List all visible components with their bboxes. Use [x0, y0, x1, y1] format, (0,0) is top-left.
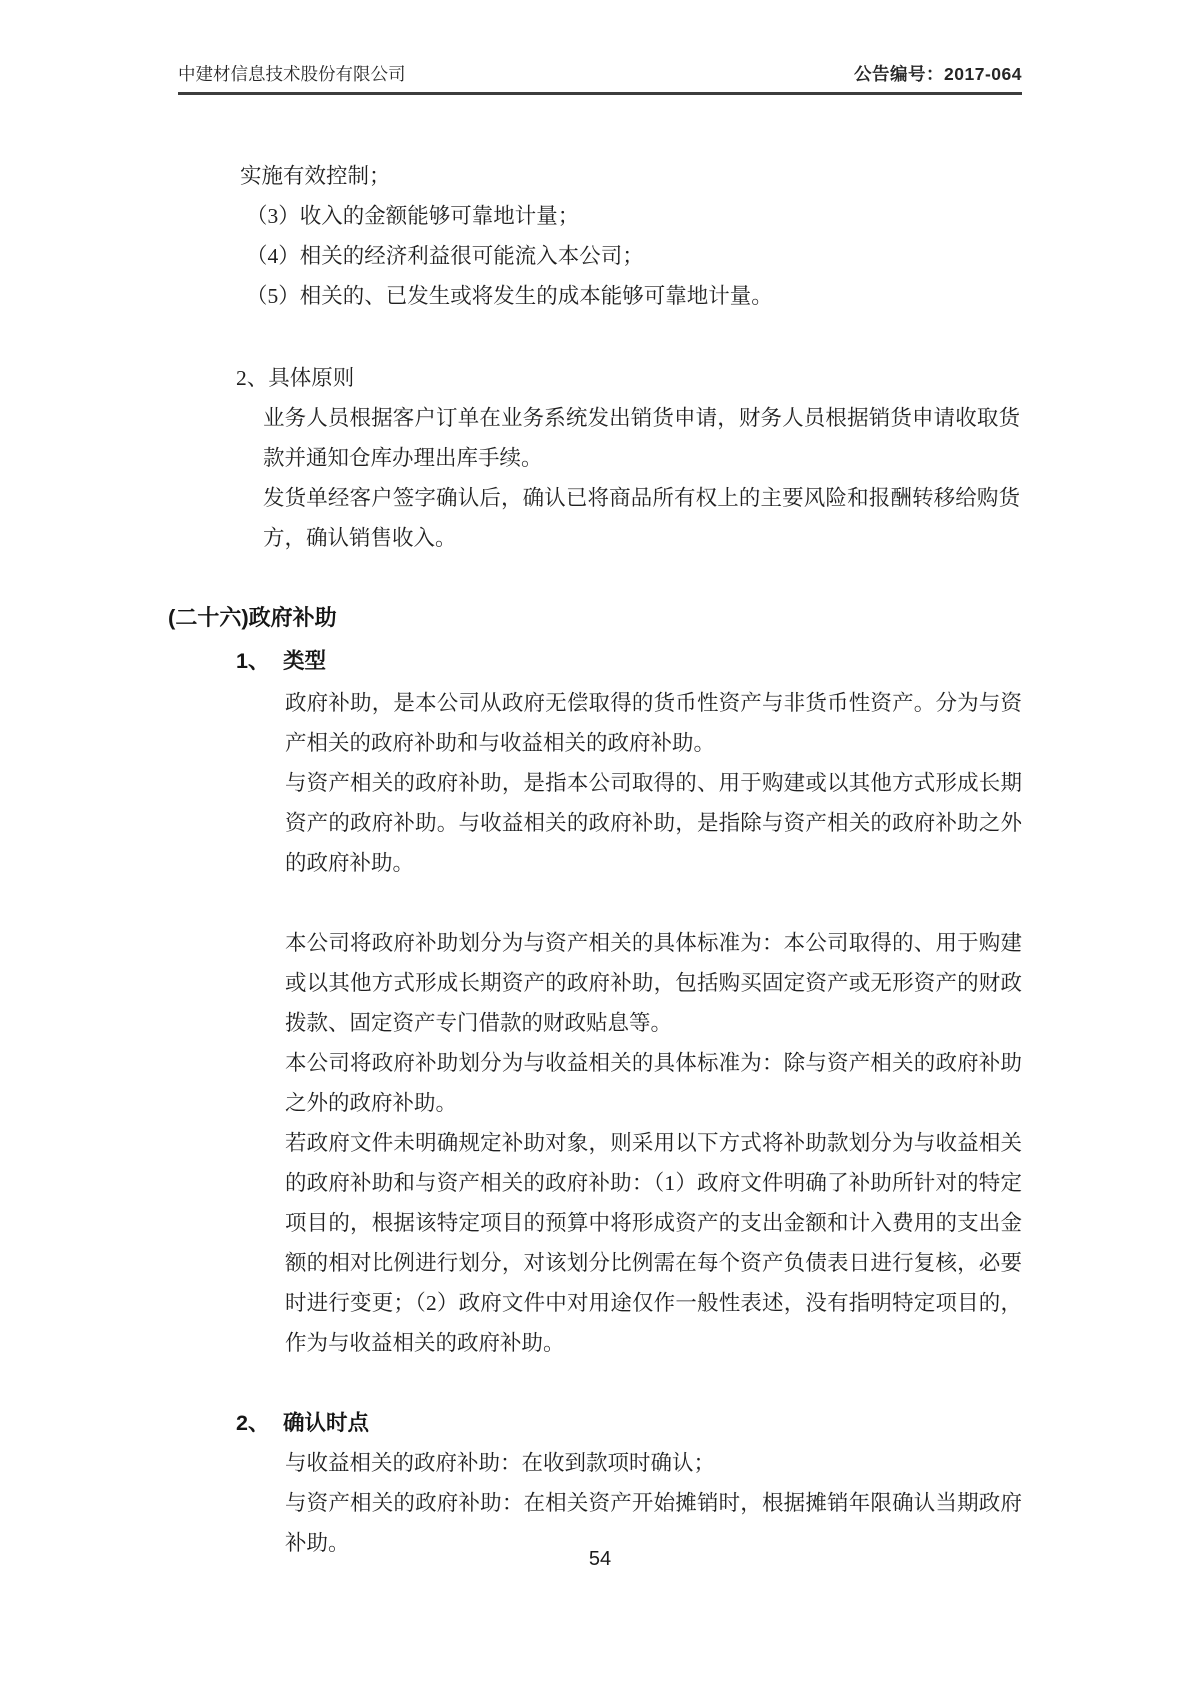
timing-heading-title: 确认时点	[283, 1403, 369, 1443]
type-paragraph-2: 与资产相关的政府补助，是指本公司取得的、用于购建或以其他方式形成长期资产的政府补…	[285, 763, 1022, 883]
section-26-type-heading: 1、 类型	[236, 641, 1022, 681]
page-number: 54	[0, 1548, 1200, 1571]
type-paragraph-5: 若政府文件未明确规定补助对象，则采用以下方式将补助款划分为与收益相关的政府补助和…	[285, 1123, 1022, 1363]
timing-paragraph-1: 与收益相关的政府补助：在收到款项时确认；	[285, 1443, 1022, 1483]
type-heading-number: 1、	[236, 641, 283, 681]
company-name: 中建材信息技术股份有限公司	[178, 62, 406, 86]
type-paragraph-3: 本公司将政府补助划分为与资产相关的具体标准为：本公司取得的、用于购建或以其他方式…	[285, 923, 1022, 1043]
criteria-item-3: （3）收入的金额能够可靠地计量；	[246, 196, 1022, 236]
criteria-item-4: （4）相关的经济利益很可能流入本公司；	[246, 236, 1022, 276]
page-header: 中建材信息技术股份有限公司 公告编号：2017-064	[178, 0, 1022, 86]
announcement-number: 公告编号：2017-064	[854, 62, 1022, 86]
section-26-timing-heading: 2、 确认时点	[236, 1403, 1022, 1443]
type-paragraph-1: 政府补助，是本公司从政府无偿取得的货币性资产与非货币性资产。分为与资产相关的政府…	[285, 683, 1022, 763]
principles-paragraph-2: 发货单经客户签字确认后，确认已将商品所有权上的主要风险和报酬转移给购货方，确认销…	[263, 478, 1020, 558]
type-heading-title: 类型	[283, 641, 326, 681]
paragraph-control-line: 实施有效控制；	[240, 156, 1022, 196]
section-26-heading: (二十六)政府补助	[168, 598, 1022, 638]
header-rule	[178, 92, 1022, 95]
type-paragraph-4: 本公司将政府补助划分为与收益相关的具体标准为：除与资产相关的政府补助之外的政府补…	[285, 1043, 1022, 1123]
timing-heading-number: 2、	[236, 1403, 283, 1443]
document-page: 中建材信息技术股份有限公司 公告编号：2017-064 实施有效控制； （3）收…	[0, 0, 1200, 1696]
criteria-item-5: （5）相关的、已发生或将发生的成本能够可靠地计量。	[246, 276, 1022, 316]
principles-paragraph-1: 业务人员根据客户订单在业务系统发出销货申请，财务人员根据销货申请收取货款并通知仓…	[263, 398, 1020, 478]
page-content: 中建材信息技术股份有限公司 公告编号：2017-064 实施有效控制； （3）收…	[178, 0, 1022, 1563]
principles-heading: 2、具体原则	[236, 358, 1022, 398]
